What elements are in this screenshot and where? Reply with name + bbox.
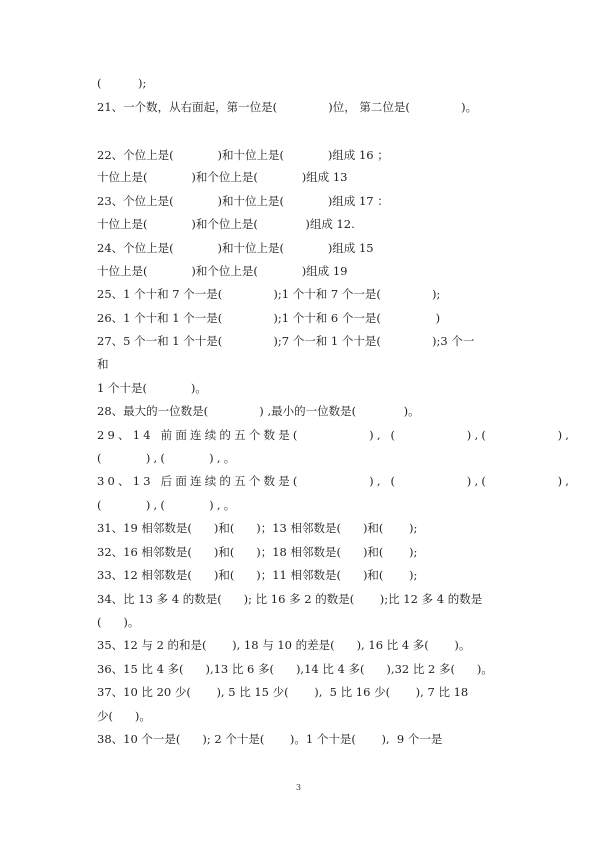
question-33: 33、12 相邻数是( )和( )；11 相邻数是( )和( );	[97, 568, 417, 582]
question-35: 35、12 与 2 的和是( ), 18 与 10 的差是( ), 16 比 4…	[97, 638, 470, 652]
question-29-cont: ( ),( ),。	[97, 451, 238, 465]
question-36: 36、15 比 4 多( ),13 比 6 多( ),14 比 4 多( ),3…	[97, 662, 493, 676]
question-24: 24、个位上是( )和十位上是( )组成 15	[97, 241, 374, 255]
question-27: 27、5 个一和 1 个十是( );7 个一和 1 个十是( );3 个一	[97, 334, 474, 348]
question-23-cont: 十位上是( )和个位上是( )组成 12.	[97, 217, 355, 231]
question-23: 23、个位上是( )和十位上是( )组成 17 ：	[97, 194, 389, 208]
question-34-cont: ( )。	[97, 615, 139, 629]
question-30-cont: ( ),( ),。	[97, 498, 238, 512]
question-24-cont: 十位上是( )和个位上是( )组成 19	[97, 264, 347, 278]
question-30: 30、13 后面连续的五个数是( ), ( ),( ),	[97, 474, 572, 488]
page-number: 3	[296, 783, 301, 792]
question-31: 31、19 相邻数是( )和( )；13 相邻数是( )和( );	[97, 521, 417, 535]
question-22: 22、个位上是( )和十位上是( )组成 16 ；	[97, 148, 389, 162]
question-27-cont-2: 1 个十是( )。	[97, 381, 207, 395]
question-37: 37、10 比 20 少( ), 5 比 15 少( ), 5 比 16 少( …	[97, 685, 468, 699]
question-21: 21、一个数，从右面起，第一位是( )位， 第二位是( )。	[97, 100, 477, 114]
question-32: 32、16 相邻数是( )和( )；18 相邻数是( )和( );	[97, 545, 417, 559]
question-22-cont: 十位上是( )和个位上是( )组成 13	[97, 170, 347, 184]
question-27-cont-1: 和	[97, 357, 109, 371]
question-34: 34、比 13 多 4 的数是( ); 比 16 多 2 的数是( );比 12…	[97, 592, 482, 606]
question-25: 25、1 个十和 7 个一是( );1 个十和 7 个一是( );	[97, 287, 440, 301]
line-0: ( );	[97, 76, 146, 90]
question-38: 38、10 个一是( ); 2 个十是( )。1 个十是( ), 9 个一是	[97, 732, 442, 746]
question-26: 26、1 个十和 1 个一是( );1 个十和 6 个一是( )	[97, 311, 440, 325]
question-29: 29、14 前面连续的五个数是( ), ( ),( ),	[97, 428, 572, 442]
question-28: 28、最大的一位数是( ) ,最小的一位数是( )。	[97, 404, 420, 418]
question-37-cont: 少( )。	[97, 709, 151, 723]
